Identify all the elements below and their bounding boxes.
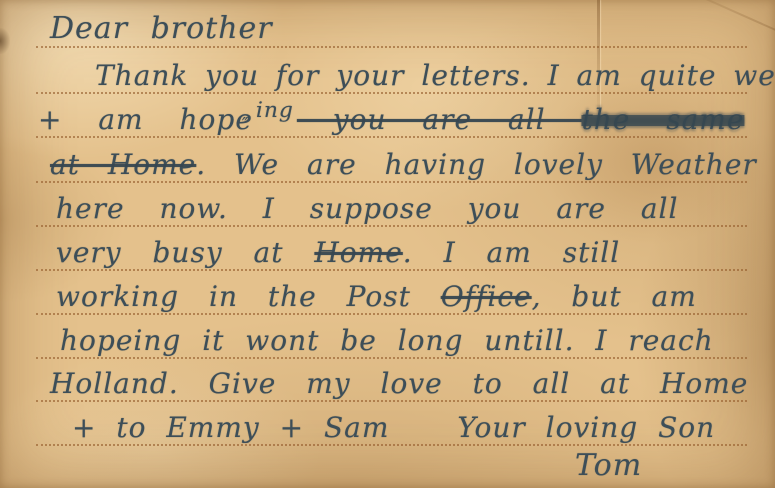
letter-text: , but am: [532, 280, 697, 313]
struck-text: at Home: [50, 148, 196, 181]
letter-text: Holland. Give my love to all at Home: [50, 367, 748, 400]
salutation-text: Dear brother: [50, 11, 273, 46]
letter-text: hopeing it wont be long untill. I reach: [60, 324, 714, 357]
inserted-word: ing: [256, 98, 294, 123]
letter-text: . I am still: [403, 236, 620, 269]
closing-text: Your loving Son: [457, 411, 715, 444]
letter-text: . We are having lovely Weather: [196, 148, 757, 181]
edge-blemish: [0, 28, 10, 54]
salutation-line: Dear brother: [50, 10, 273, 48]
letter-line-5: very busy at Home. I am still: [56, 234, 620, 272]
letter-text: Thank you for your letters. I am quite w…: [95, 59, 775, 92]
signature-text: Tom: [575, 448, 642, 483]
scribbled-out-text: the same: [581, 103, 744, 136]
letter-line-1: Thank you for your letters. I am quite w…: [95, 57, 775, 95]
letter-text: very busy at: [56, 236, 314, 269]
letter-text: here now. I suppose you are all: [56, 192, 678, 225]
struck-text: you are all: [297, 103, 582, 136]
signature: Tom: [575, 447, 642, 485]
letter-line-7: hopeing it wont be long untill. I reach: [60, 322, 714, 360]
corner-crease: [655, 0, 775, 38]
letter-text: working in the Post: [56, 280, 441, 313]
letter-line-3: at Home. We are having lovely Weather: [50, 146, 757, 184]
letter-line-6: working in the Post Office, but am: [56, 278, 697, 316]
letter-line-2: + am hopeing you are all the same: [38, 101, 744, 139]
letter-line-9: + to Emmy + SamYour loving Son: [72, 409, 715, 447]
letter-text: + am hope: [38, 103, 253, 136]
postcard-scan: Dear brother Thank you for your letters.…: [0, 0, 775, 488]
letter-line-8: Holland. Give my love to all at Home: [50, 365, 748, 403]
letter-text: + to Emmy + Sam: [72, 411, 389, 444]
struck-text: Home: [314, 236, 402, 269]
struck-text: Office: [441, 280, 532, 313]
letter-line-4: here now. I suppose you are all: [56, 190, 678, 228]
